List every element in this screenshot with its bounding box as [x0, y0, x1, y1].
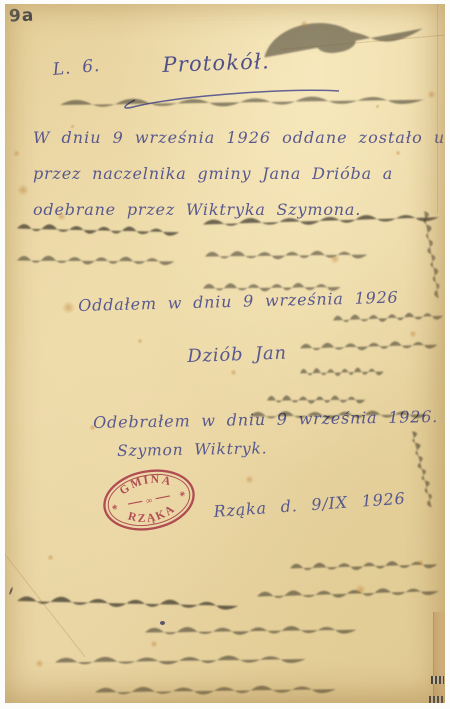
reference-number: L. 6.: [52, 56, 101, 80]
stamp-star-right-icon: ✳: [179, 490, 186, 499]
bleed-through-line: [55, 650, 310, 669]
bleed-through-line: [290, 555, 440, 575]
torn-edge-strip: [433, 612, 445, 703]
bleed-through-line: [300, 362, 385, 380]
bleed-through-line: [95, 680, 340, 699]
foxing-spot: [35, 659, 44, 668]
stamp-star-left-icon: ✳: [111, 503, 118, 512]
receipt-signature: Szymon Wiktryk.: [117, 439, 267, 460]
foxing-spot: [395, 150, 401, 156]
pencil-mark: [9, 587, 14, 595]
foxing-spot: [47, 554, 54, 561]
bleed-through-line: [145, 620, 360, 639]
bleed-through-line: [300, 335, 440, 355]
stamp-divider-icon: ∞: [145, 495, 153, 506]
foxing-spot: [245, 475, 254, 484]
municipal-stamp: GMINA RZĄKA ∞ ✳ ✳: [95, 459, 203, 541]
body-line: przez naczelnika gminy Jana Drióba a: [33, 164, 393, 183]
stamp-divider-line: [128, 501, 142, 504]
printed-fragment: [431, 676, 444, 684]
scanned-page: 9a L. 6. Protokół. W dniu 9 września 192…: [0, 0, 450, 709]
handover-signature: Dziób Jan: [187, 343, 287, 367]
place-date: Rząka d. 9/IX 1926: [213, 489, 406, 521]
foxing-spot: [137, 338, 143, 344]
foxing-spot: [150, 640, 158, 648]
bleed-through-line: [257, 582, 442, 603]
page-number-annotation: 9a: [9, 6, 35, 27]
bleed-through-line: [418, 210, 445, 301]
document-title: Protokół.: [162, 49, 270, 77]
paper: 9a L. 6. Protokół. W dniu 9 września 192…: [5, 4, 445, 703]
bleed-through-line: [250, 405, 430, 423]
body-line: W dniu 9 września 1926 oddane zostało ur…: [33, 128, 445, 147]
bleed-through-line: [17, 220, 182, 238]
bleed-through-line: [17, 252, 177, 267]
foxing-spot: [62, 301, 75, 314]
bleed-through-line: [17, 592, 242, 612]
bleed-through-line: [203, 278, 343, 295]
bleed-through-line: [267, 390, 367, 407]
foxing-spot: [17, 184, 29, 196]
crease-line: [437, 4, 438, 214]
stamp-divider-line: [156, 496, 170, 499]
foxing-spot: [13, 150, 20, 157]
stamp-top-textpath: GMINA: [116, 468, 177, 498]
foxing-spot: [230, 369, 237, 376]
bleed-through-line: [333, 306, 445, 327]
stamp-top-text: GMINA: [116, 468, 177, 498]
printed-fragment: [429, 696, 444, 703]
bleed-through-line: [406, 429, 440, 510]
ink-speck: [160, 621, 165, 625]
bleed-through-line: [205, 245, 370, 263]
